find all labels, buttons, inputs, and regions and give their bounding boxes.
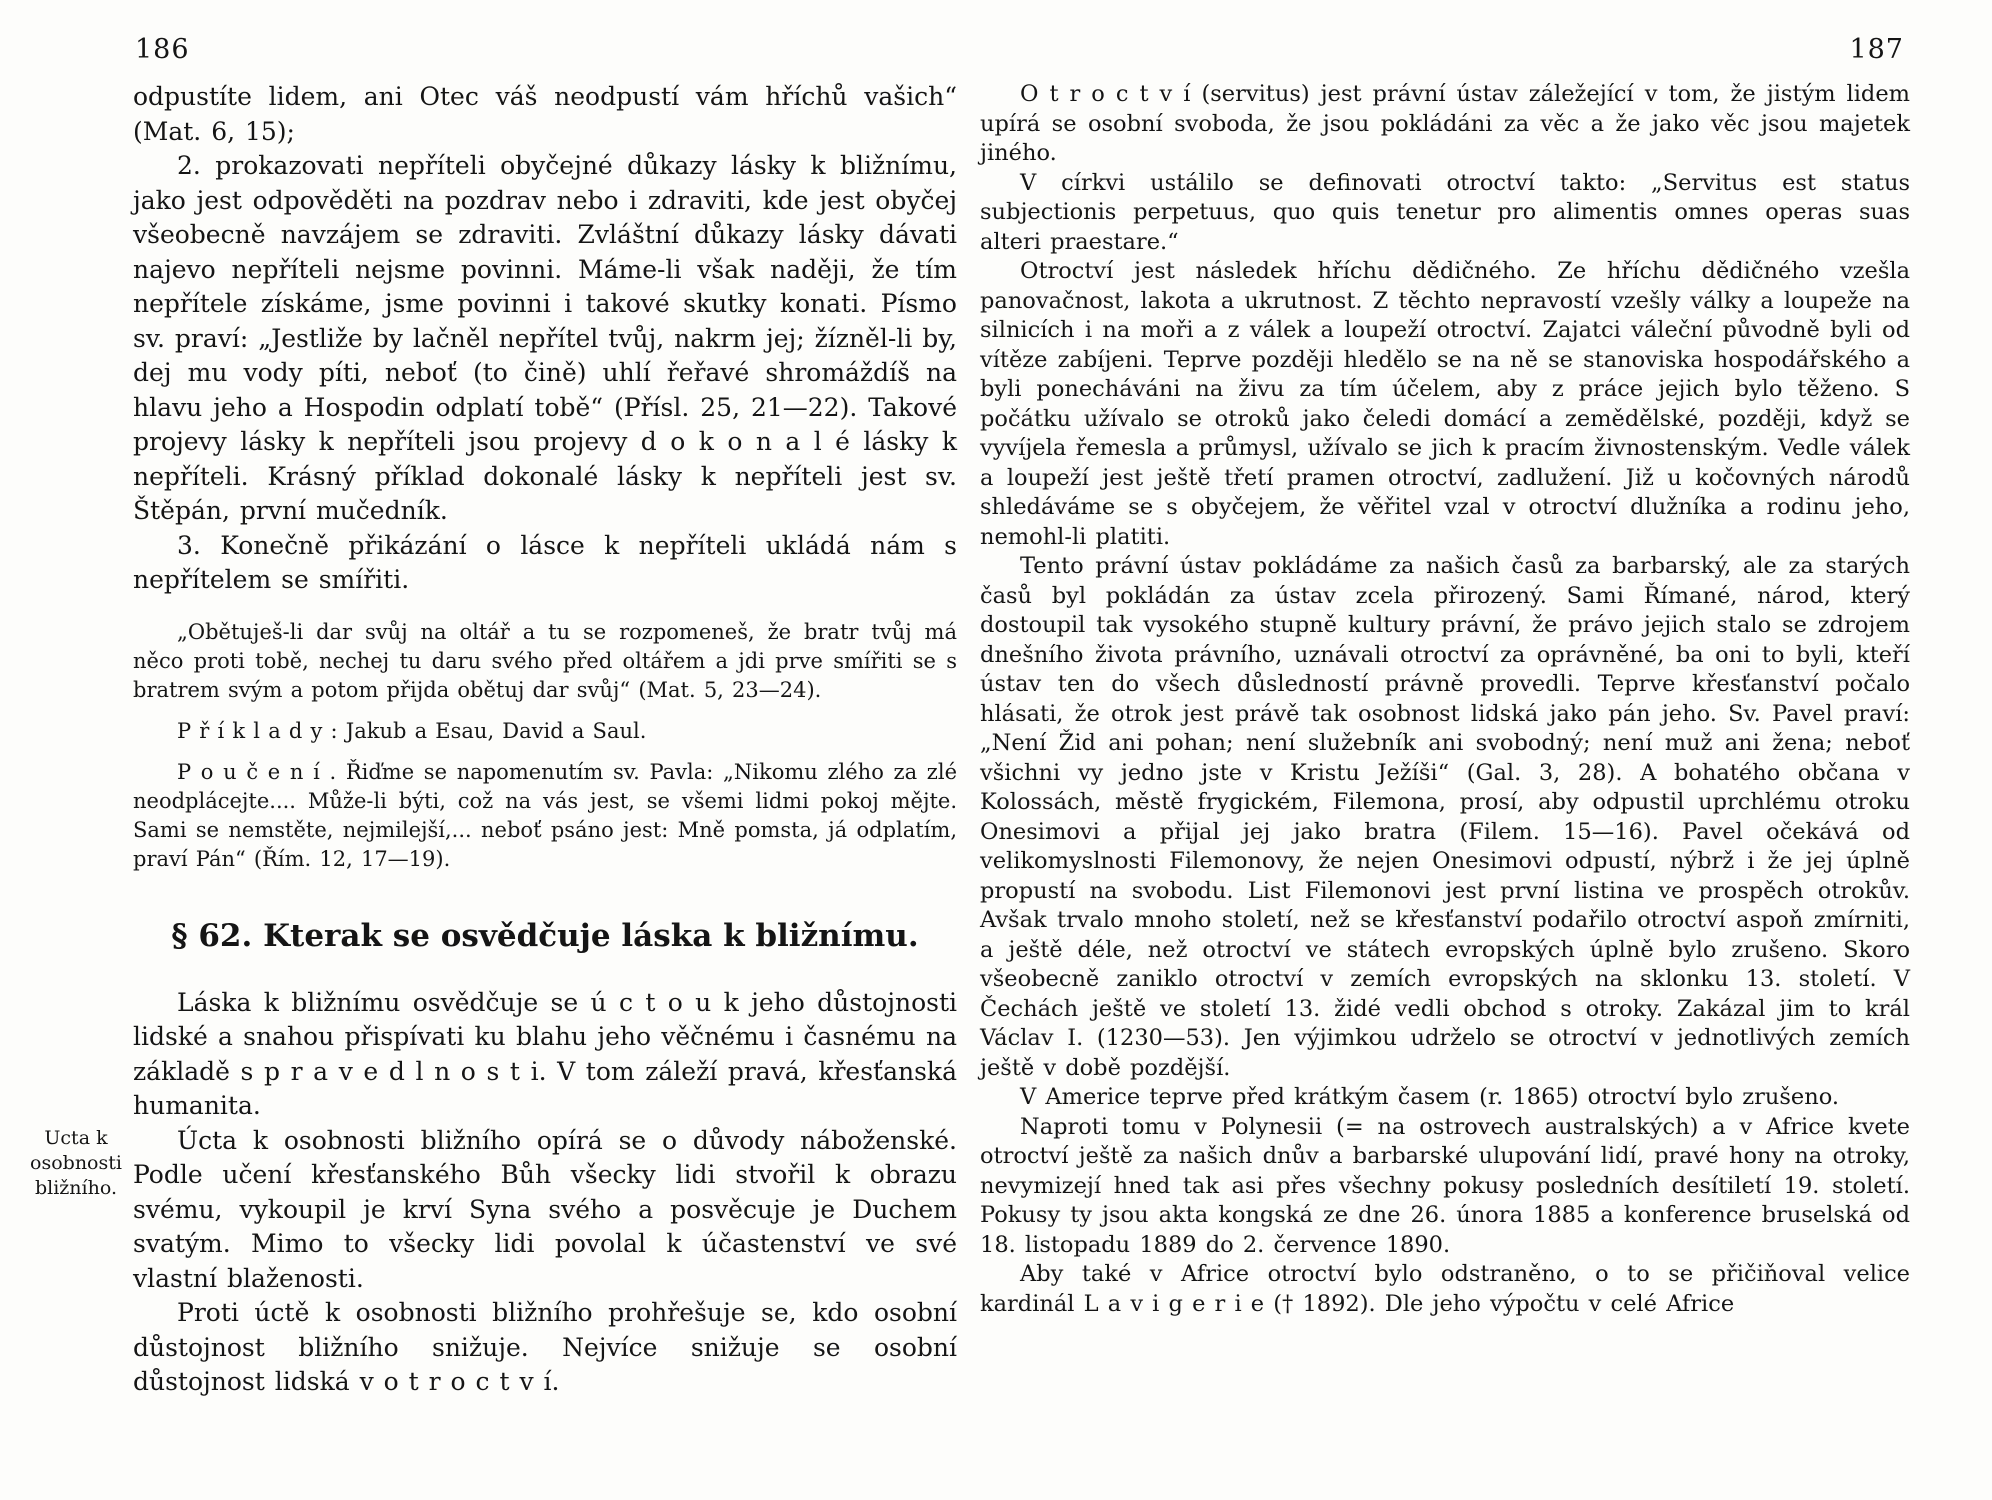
paragraph: Naproti tomu v Polynesii (= na ostrovech…	[980, 1113, 1910, 1261]
page-number: 187	[1849, 34, 1904, 65]
text-column: O t r o c t v í (servitus) jest právní ú…	[980, 80, 1910, 1319]
text-column: odpustíte lidem, ani Otec váš neodpustí …	[133, 80, 957, 1400]
paragraph: 3. Konečně přikázání o lásce k nepříteli…	[133, 529, 957, 598]
paragraph: V církvi ustálilo se definovati otroctví…	[980, 169, 1910, 258]
paragraph: odpustíte lidem, ani Otec váš neodpustí …	[133, 80, 957, 149]
page-187: 187 O t r o c t v í (servitus) jest práv…	[966, 0, 1992, 1500]
section-heading: § 62. Kterak se osvědčuje láska k bližní…	[133, 916, 957, 956]
examples-paragraph: P ř í k l a d y : Jakub a Esau, David a …	[133, 717, 957, 746]
paragraph: Láska k bližnímu osvědčuje se ú c t o u …	[133, 986, 957, 1124]
paragraph: 2. prokazovati nepříteli obyčejné důkazy…	[133, 149, 957, 529]
paragraph: O t r o c t v í (servitus) jest právní ú…	[980, 80, 1910, 169]
book-spread: 186 odpustíte lidem, ani Otec váš neodpu…	[0, 0, 1992, 1500]
margin-note: Ucta k osobnosti bližního.	[25, 1126, 127, 1201]
paragraph: Tento právní ústav pokládáme za našich č…	[980, 552, 1910, 1083]
lesson-paragraph: P o u č e n í . Řiďme se napomenutím sv.…	[133, 758, 957, 874]
page-number: 186	[135, 34, 190, 65]
paragraph: V Americe teprve před krátkým časem (r. …	[980, 1083, 1910, 1113]
page-186: 186 odpustíte lidem, ani Otec váš neodpu…	[0, 0, 966, 1500]
paragraph-with-margin-note: Ucta k osobnosti bližního. Úcta k osobno…	[133, 1124, 957, 1297]
scripture-quote-paragraph: „Obětuješ-li dar svůj na oltář a tu se r…	[133, 618, 957, 705]
paragraph: Otroctví jest následek hříchu dědičného.…	[980, 257, 1910, 552]
paragraph: Proti úctě k osobnosti bližního prohřešu…	[133, 1296, 957, 1400]
paragraph: Aby také v Africe otroctví bylo odstraně…	[980, 1260, 1910, 1319]
paragraph: Úcta k osobnosti bližního opírá se o dův…	[133, 1124, 957, 1297]
